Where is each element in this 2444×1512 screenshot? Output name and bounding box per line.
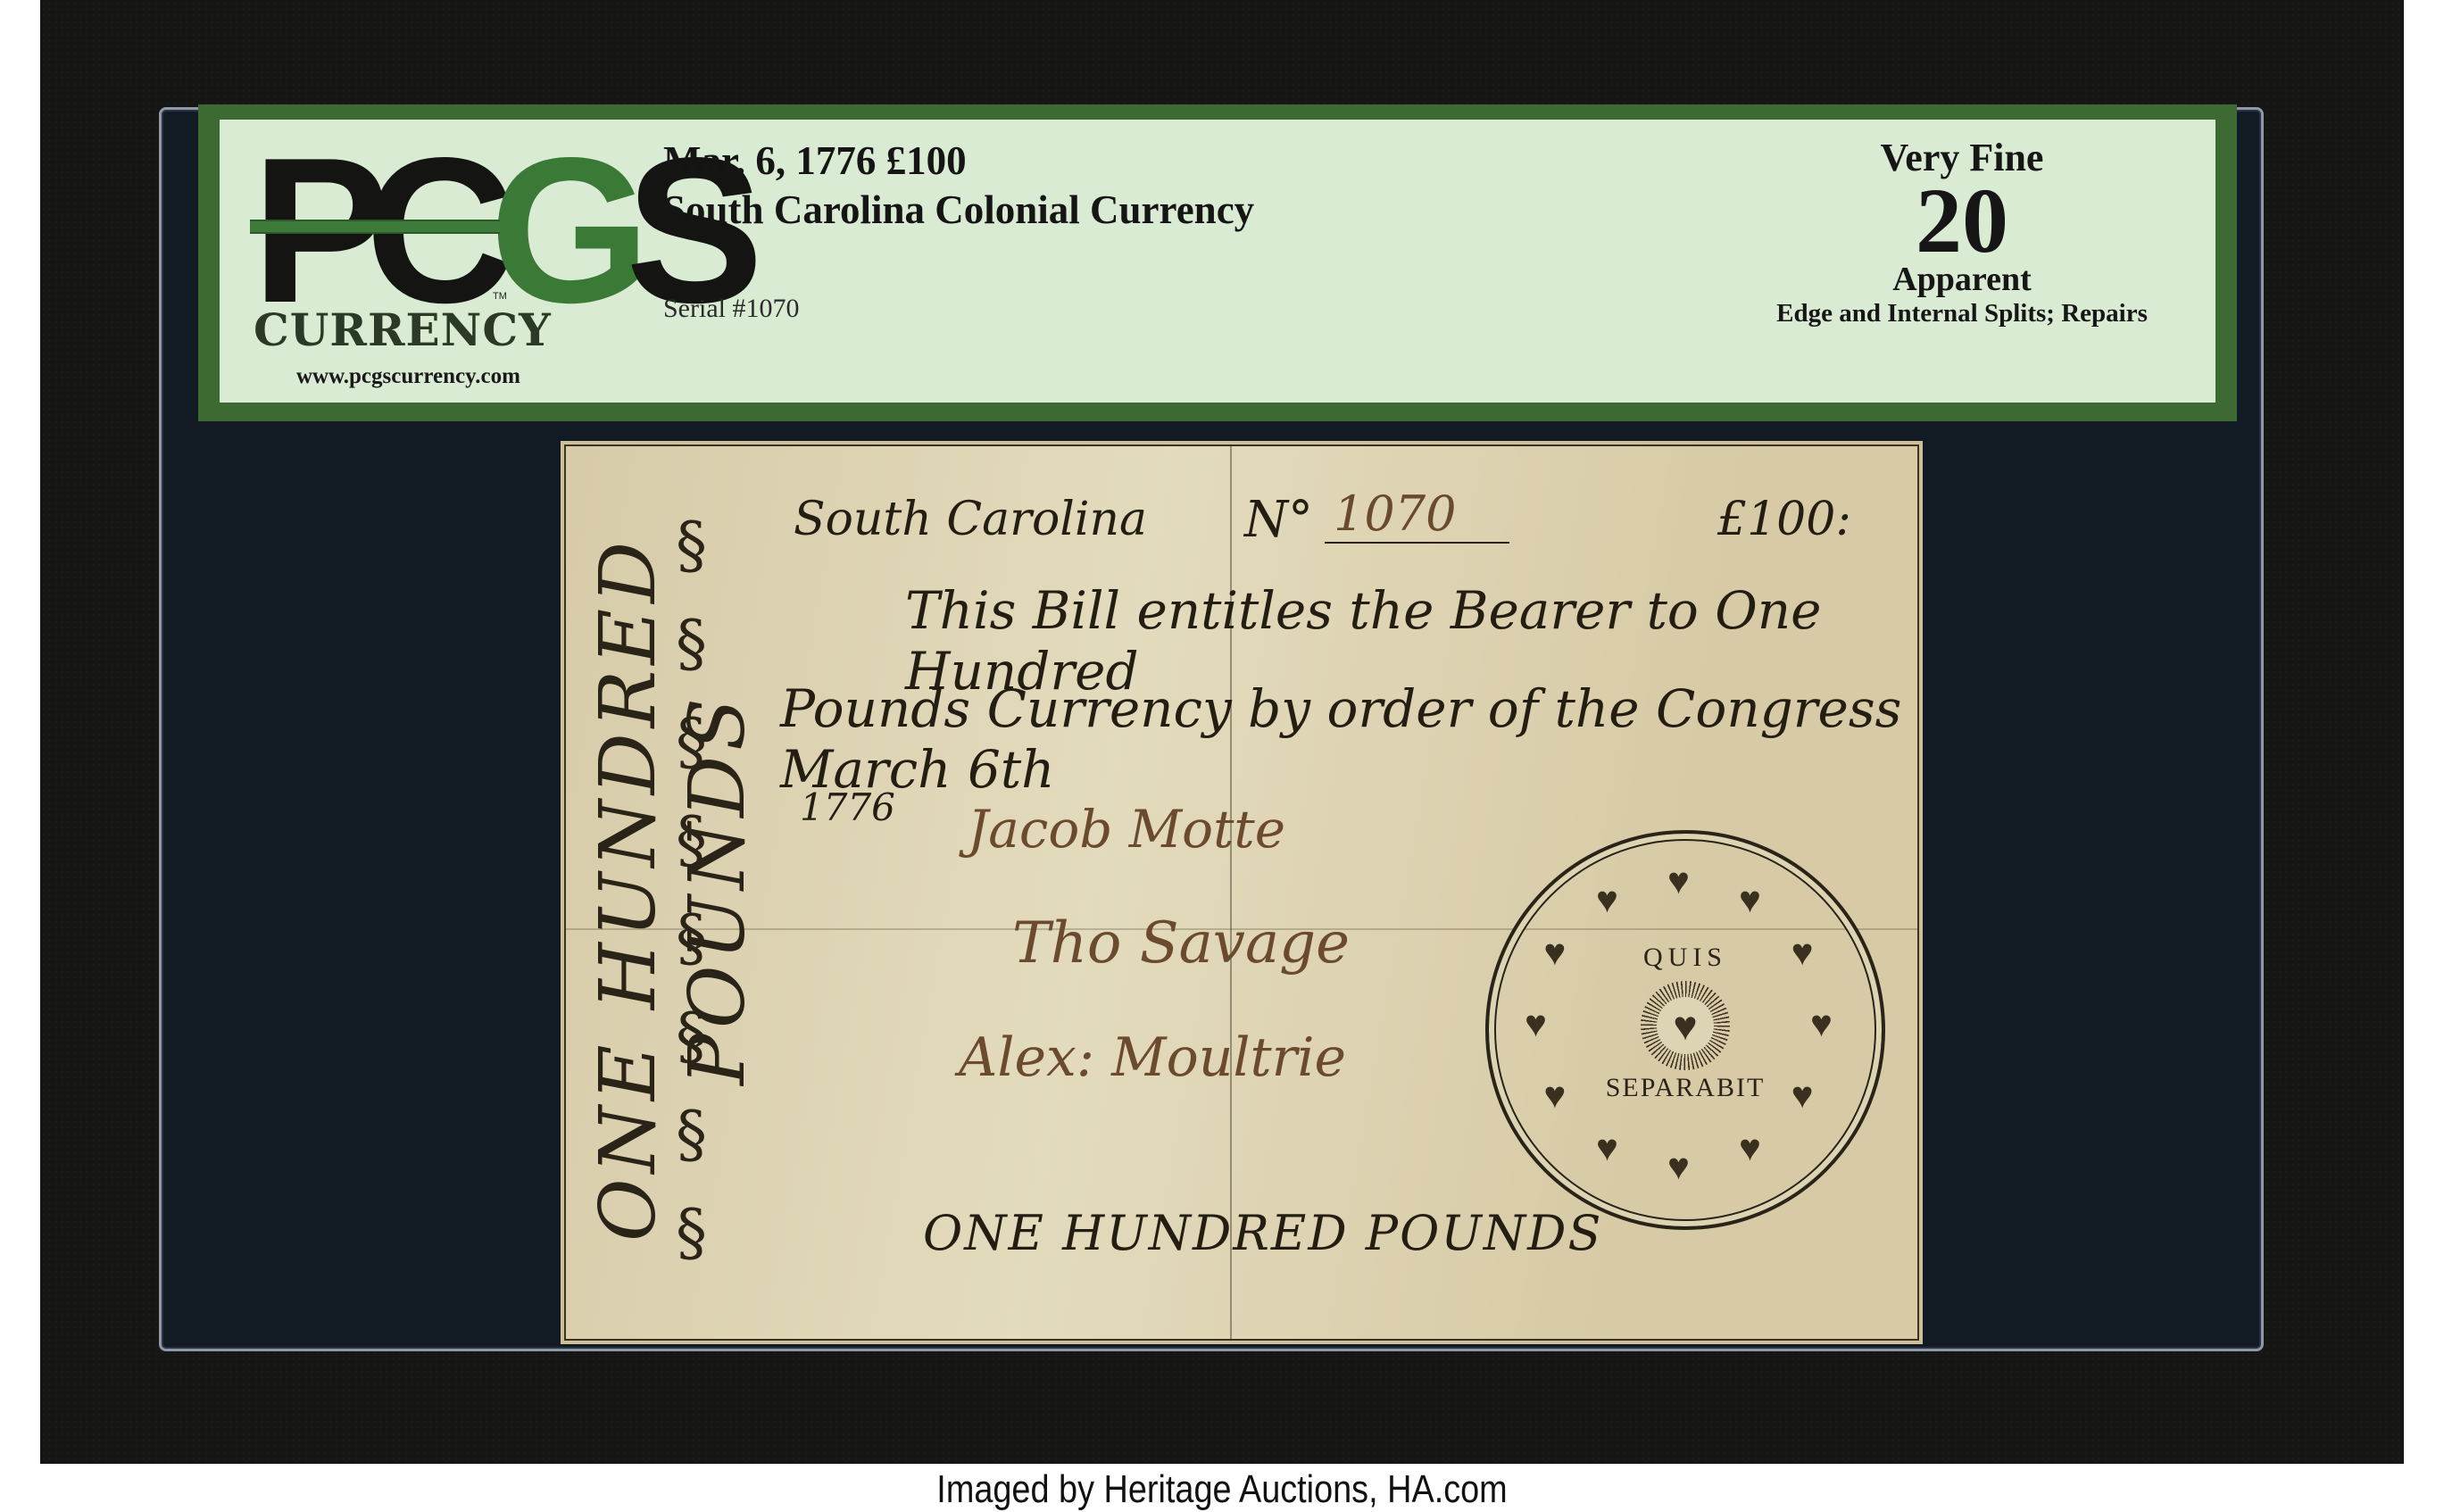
grade-comments: Edge and Internal Splits; Repairs xyxy=(1730,296,2194,330)
signature-3: Alex: Moultrie xyxy=(959,1026,1346,1089)
grade-qualifier: Apparent xyxy=(1730,262,2194,296)
grade-block: Very Fine 20 Apparent Edge and Internal … xyxy=(1730,136,2194,330)
heart-icon: ♥ xyxy=(1739,879,1761,922)
denomination-text: ONE HUNDRED POUNDS xyxy=(923,1205,1602,1261)
radiant-heart-icon: ♥ xyxy=(1641,981,1730,1070)
trademark-mark: TM xyxy=(493,291,507,302)
handwritten-serial: 1070 xyxy=(1325,486,1509,544)
heart-icon: ♥ xyxy=(1596,879,1618,922)
hearts-vignette: ♥♥♥♥♥♥♥♥♥♥♥♥ QUIS ♥ SEPARABIT xyxy=(1485,830,1885,1230)
logo-subtitle: CURRENCY xyxy=(254,303,552,356)
website-text: www.pcgscurrency.com xyxy=(296,364,520,389)
heart-icon: ♥ xyxy=(1596,1127,1618,1170)
bill-text-line-2: Pounds Currency by order of the Congress… xyxy=(780,678,1917,800)
heart-icon: ♥ xyxy=(1667,860,1690,903)
issue-year: 1776 xyxy=(800,785,895,829)
heart-icon: ♥ xyxy=(1810,1003,1833,1046)
flourish-ornament: §§§§§§§§ xyxy=(676,496,720,1300)
motto-bottom: SEPARABIT xyxy=(1489,1073,1882,1103)
grade-number: 20 xyxy=(1730,180,2194,262)
banknote: ONE HUNDRED POUNDS §§§§§§§§ South Caroli… xyxy=(564,444,1919,1341)
heart-icon: ♥ xyxy=(1525,1003,1547,1046)
signature-2: Tho Savage xyxy=(1012,910,1350,976)
number-prefix: N° xyxy=(1244,491,1313,549)
logo-stripe xyxy=(250,220,500,234)
motto-top: QUIS xyxy=(1489,943,1882,973)
left-border-ornament: ONE HUNDRED POUNDS §§§§§§§§ xyxy=(582,461,716,1317)
image-credit: Imaged by Heritage Auctions, HA.com xyxy=(171,1467,2274,1512)
heart-icon: ♥ xyxy=(1667,1146,1690,1189)
signature-1: Jacob Motte xyxy=(968,799,1285,860)
denomination: £100: xyxy=(1717,493,1851,546)
serial-number: Serial #1070 xyxy=(663,294,799,324)
border-text: ONE HUNDRED POUNDS xyxy=(584,478,762,1300)
heart-icon: ♥ xyxy=(1739,1127,1761,1170)
grading-label-panel: PCGS TM CURRENCY www.pcgscurrency.com Ma… xyxy=(220,120,2215,403)
state-name: South Carolina xyxy=(794,493,1147,546)
grading-label: PCGS TM CURRENCY www.pcgscurrency.com Ma… xyxy=(198,104,2237,421)
note-title: Mar. 6, 1776 £100 xyxy=(663,137,967,184)
pcgs-currency-logo: PCGS TM CURRENCY www.pcgscurrency.com xyxy=(243,137,511,405)
note-series: South Carolina Colonial Currency xyxy=(663,187,1254,233)
